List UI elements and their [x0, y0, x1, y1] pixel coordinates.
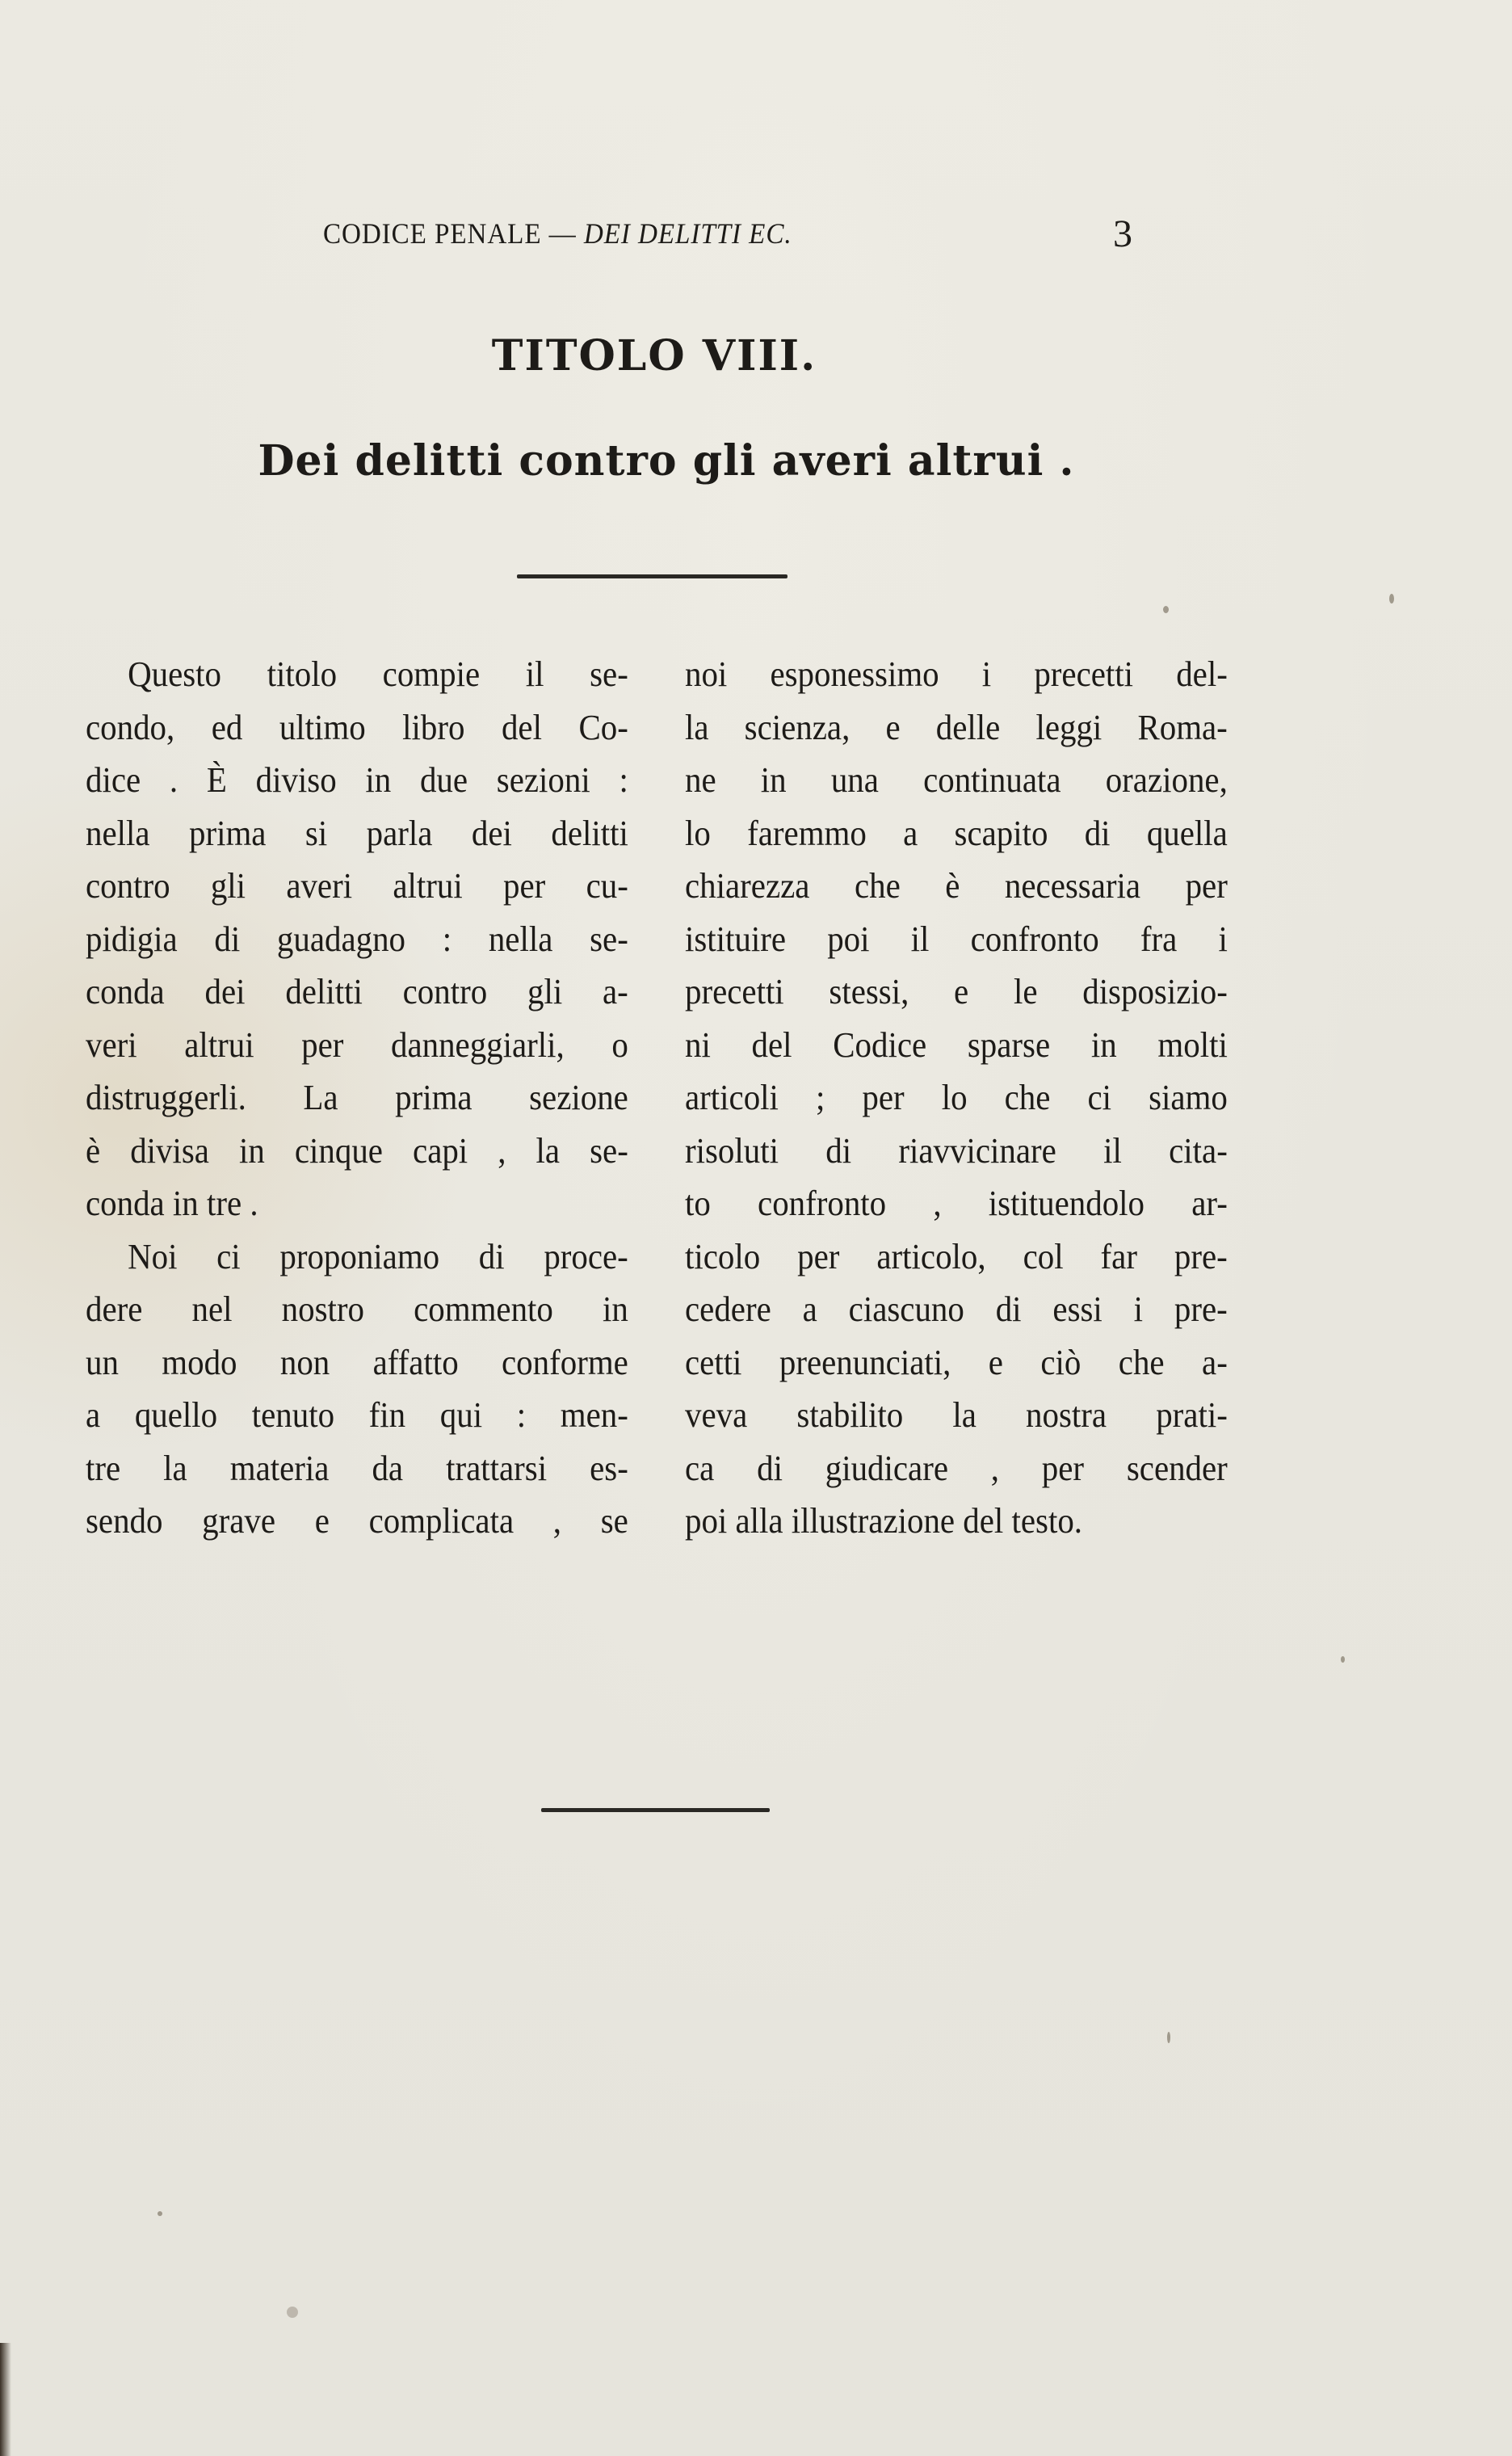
text-line: articoli ; per lo che ci siamo	[685, 1071, 1228, 1125]
text-line: veri altrui per danneggiarli, o	[86, 1019, 628, 1072]
text-line: precetti stessi, e le disposizio-	[685, 965, 1228, 1019]
divider-rule-top	[517, 574, 787, 578]
text-line: ni del Codice sparse in molti	[685, 1019, 1228, 1072]
text-line: conda in tre .	[86, 1177, 628, 1230]
text-line: conda dei delitti contro gli a-	[86, 965, 628, 1019]
text-line: istituire poi il confronto fra i	[685, 913, 1228, 966]
running-head-title: CODICE PENALE — DEI DELITTI EC.	[323, 217, 792, 250]
text-line: la scienza, e delle leggi Roma-	[685, 701, 1228, 755]
running-head-italic: DEI DELITTI EC.	[584, 217, 792, 250]
text-line: distruggerli. La prima sezione	[86, 1071, 628, 1125]
running-head-dash: —	[549, 217, 577, 250]
paper-speck	[157, 2211, 162, 2216]
paper-speck	[1163, 606, 1169, 613]
text-line: veva stabilito la nostra prati-	[685, 1389, 1228, 1442]
text-line: Questo titolo compie il se-	[86, 648, 628, 701]
section-subtitle: Dei delitti contro gli averi altrui .	[170, 436, 1163, 486]
text-line: pidigia di guadagno : nella se-	[86, 913, 628, 966]
paper-speck	[287, 2307, 298, 2318]
text-column-left: Questo titolo compie il se- condo, ed ul…	[86, 648, 628, 1548]
text-line: dice . È diviso in due sezioni :	[86, 754, 628, 807]
divider-rule-bottom	[541, 1808, 770, 1812]
page-number: 3	[1113, 212, 1133, 256]
text-line: condo, ed ultimo libro del Co-	[86, 701, 628, 755]
paper-speck	[1167, 2032, 1170, 2043]
text-line: ticolo per articolo, col far pre-	[685, 1230, 1228, 1284]
text-line: ne in una continuata orazione,	[685, 754, 1228, 807]
paper-speck	[1389, 594, 1394, 603]
text-line: a quello tenuto fin qui : men-	[86, 1389, 628, 1442]
running-head: CODICE PENALE — DEI DELITTI EC. 3	[323, 217, 1147, 257]
text-line: to confronto , istituendolo ar-	[685, 1177, 1228, 1230]
text-line: lo faremmo a scapito di quella	[685, 807, 1228, 860]
paper-speck	[1341, 1656, 1345, 1663]
text-line: ca di giudicare , per scender	[685, 1442, 1228, 1495]
text-line: Noi ci proponiamo di proce-	[86, 1230, 628, 1284]
section-title: TITOLO VIII.	[0, 331, 1308, 381]
text-line: noi esponessimo i precetti del-	[685, 648, 1228, 701]
text-line: cetti preenunciati, e ciò che a-	[685, 1336, 1228, 1390]
page-edge-shadow	[0, 2343, 11, 2456]
text-line: è divisa in cinque capi , la se-	[86, 1125, 628, 1178]
text-line: contro gli averi altrui per cu-	[86, 860, 628, 913]
text-line: nella prima si parla dei delitti	[86, 807, 628, 860]
running-head-roman: CODICE PENALE	[323, 217, 541, 250]
text-line: sendo grave e complicata , se	[86, 1495, 628, 1548]
text-column-right: noi esponessimo i precetti del- la scien…	[685, 648, 1228, 1548]
text-line: cedere a ciascuno di essi i pre-	[685, 1283, 1228, 1336]
text-line: chiarezza che è necessaria per	[685, 860, 1228, 913]
text-line: tre la materia da trattarsi es-	[86, 1442, 628, 1495]
text-line: poi alla illustrazione del testo.	[685, 1495, 1228, 1548]
text-line: risoluti di riavvicinare il cita-	[685, 1125, 1228, 1178]
book-page: CODICE PENALE — DEI DELITTI EC. 3 TITOLO…	[0, 0, 1512, 2456]
text-line: un modo non affatto conforme	[86, 1336, 628, 1390]
text-line: dere nel nostro commento in	[86, 1283, 628, 1336]
